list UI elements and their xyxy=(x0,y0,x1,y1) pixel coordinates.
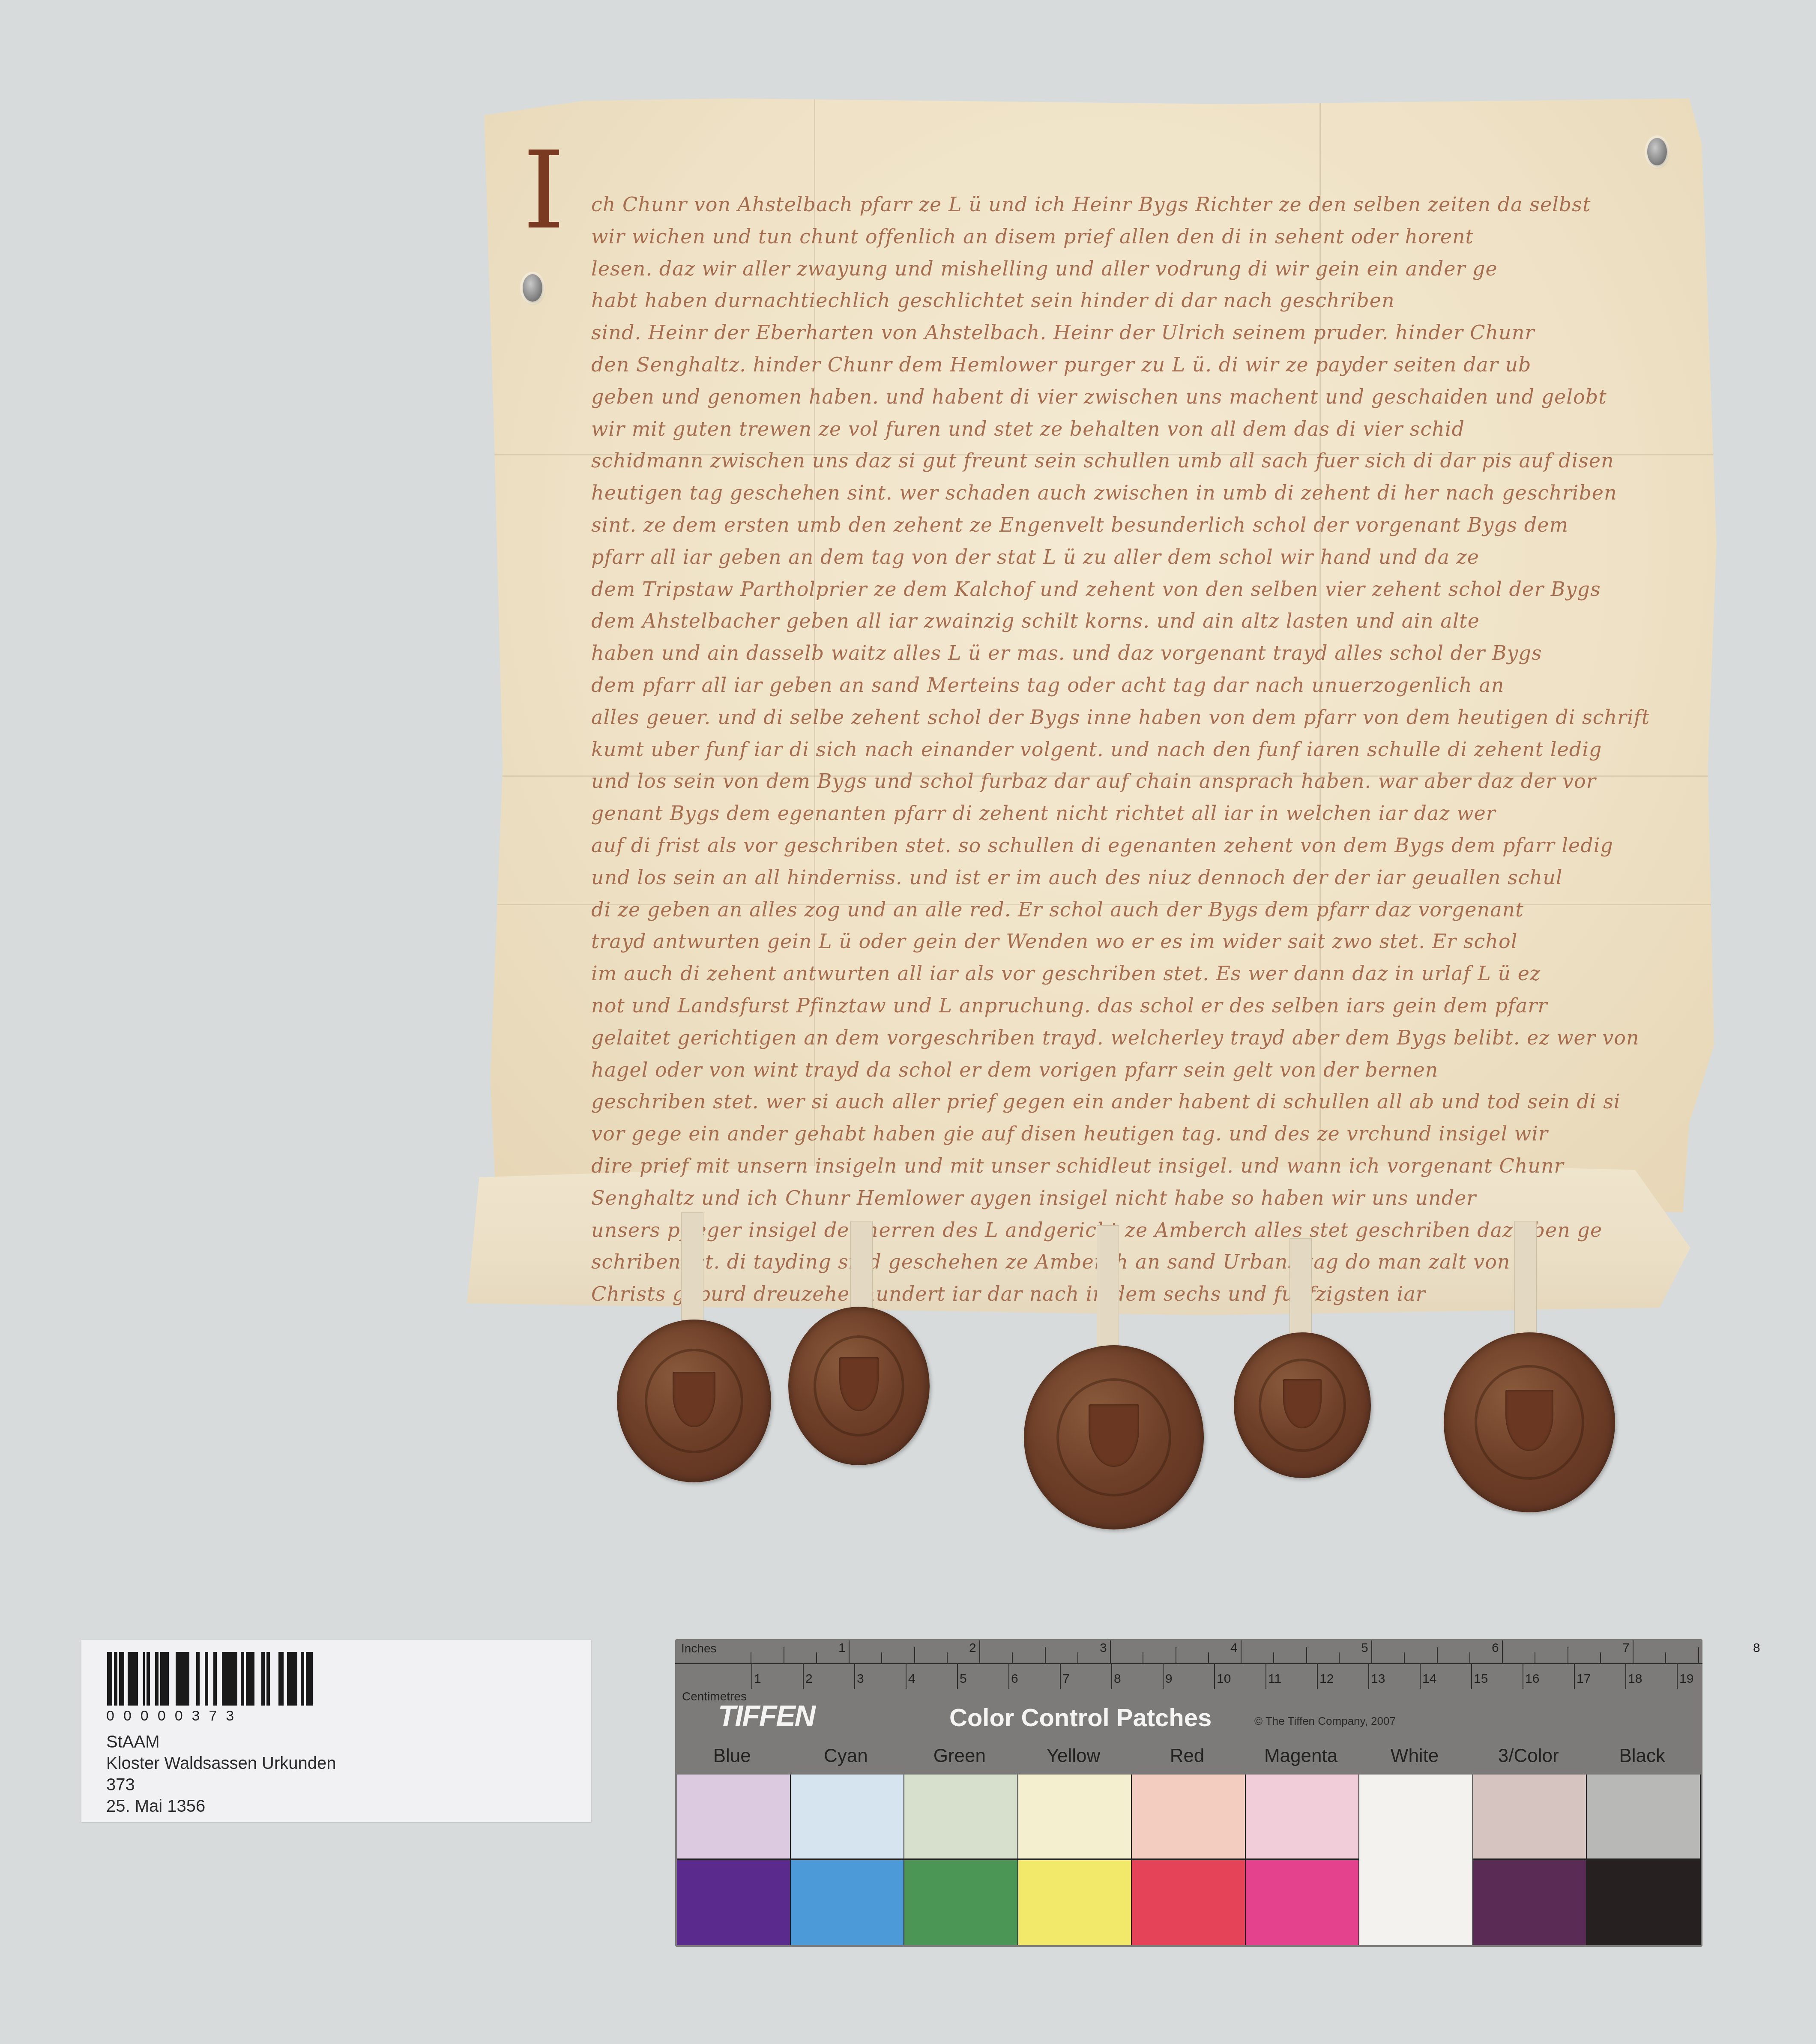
inch-tick xyxy=(1665,1652,1666,1663)
cm-tick xyxy=(1266,1664,1266,1689)
barcode xyxy=(107,1652,313,1706)
cm-number: 18 xyxy=(1628,1672,1642,1686)
wax-seal xyxy=(617,1320,771,1482)
color-patch-light xyxy=(1246,1775,1360,1858)
cm-number: 17 xyxy=(1577,1672,1591,1686)
script-line: genant Bygs dem egenanten pfarr di zehen… xyxy=(591,797,1696,829)
script-line: trayd antwurten gein L ü oder gein der W… xyxy=(591,925,1696,958)
script-line: ch Chunr von Ahstelbach pfarr ze L ü und… xyxy=(591,189,1696,221)
cm-tick xyxy=(906,1664,907,1689)
cm-number: 16 xyxy=(1525,1672,1539,1686)
barcode-number: 00000373 xyxy=(106,1708,243,1724)
patch-label: Yellow xyxy=(1017,1745,1131,1767)
color-patch-light xyxy=(1018,1775,1132,1858)
color-patch-light xyxy=(791,1775,905,1858)
script-line: geben und genomen haben. und habent di v… xyxy=(591,381,1696,413)
patch-label: Cyan xyxy=(789,1745,903,1767)
inch-tick xyxy=(1306,1647,1307,1663)
script-line: gelaitet gerichtigen an dem vorgeschribe… xyxy=(591,1022,1696,1054)
color-patch-dark xyxy=(677,1860,791,1945)
inch-tick xyxy=(1535,1652,1535,1663)
document-number: 373 xyxy=(106,1775,135,1795)
cm-number: 4 xyxy=(908,1672,915,1686)
script-line: sind. Heinr der Eberharten von Ahstelbac… xyxy=(591,317,1696,349)
inch-tick xyxy=(1012,1652,1013,1663)
color-patch-dark xyxy=(1018,1860,1132,1945)
wax-seal xyxy=(1444,1332,1615,1512)
patch-label: Green xyxy=(903,1745,1017,1767)
charter-text: ch Chunr von Ahstelbach pfarr ze L ü und… xyxy=(591,189,1696,1310)
cm-number: 9 xyxy=(1165,1672,1173,1686)
inch-tick xyxy=(849,1640,850,1663)
inch-tick xyxy=(784,1647,784,1663)
cm-number: 3 xyxy=(857,1672,864,1686)
script-line: pfarr all iar geben an dem tag von der s… xyxy=(591,541,1696,573)
cm-number: 10 xyxy=(1217,1672,1231,1686)
inch-number: 4 xyxy=(1230,1641,1238,1655)
chart-title: Color Control Patches xyxy=(949,1703,1212,1732)
cm-tick xyxy=(854,1664,855,1689)
cm-tick xyxy=(1214,1664,1215,1689)
inch-tick xyxy=(751,1652,751,1663)
inch-number: 2 xyxy=(969,1641,976,1655)
color-patch-light xyxy=(1473,1775,1587,1858)
inch-tick xyxy=(1208,1652,1209,1663)
cm-number: 7 xyxy=(1062,1672,1070,1686)
script-line: hagel oder von wint trayd da schol er de… xyxy=(591,1054,1696,1086)
decorated-initial: I xyxy=(523,137,557,248)
inch-tick xyxy=(1600,1652,1601,1663)
inch-tick xyxy=(1404,1652,1405,1663)
script-line: wir mit guten trewen ze vol furen und st… xyxy=(591,413,1696,445)
script-line: dire prief mit unsern insigeln und mit u… xyxy=(591,1150,1696,1182)
inch-tick xyxy=(881,1652,882,1663)
archive-label-card: 00000373 StAAM Kloster Waldsassen Urkund… xyxy=(81,1640,591,1822)
inch-tick xyxy=(947,1652,948,1663)
inch-tick xyxy=(816,1652,817,1663)
cm-tick xyxy=(1677,1664,1678,1689)
cm-tick xyxy=(1420,1664,1421,1689)
color-patch-dark xyxy=(1246,1860,1360,1945)
inch-ruler: Inches 12345678 xyxy=(675,1639,1702,1664)
script-line: haben und ain dasselb waitz alles L ü er… xyxy=(591,637,1696,669)
cm-tick xyxy=(1111,1664,1112,1689)
cm-tick xyxy=(1368,1664,1369,1689)
wax-seal xyxy=(1234,1332,1371,1478)
script-line: kumt uber funf iar di sich nach einander… xyxy=(591,733,1696,766)
script-line: geschriben stet. wer si auch aller prief… xyxy=(591,1086,1696,1118)
script-line: lesen. daz wir aller zwayung und mishell… xyxy=(591,253,1696,285)
cm-number: 1 xyxy=(754,1672,761,1686)
cm-tick xyxy=(1317,1664,1318,1689)
script-line: auf di frist als vor geschriben stet. so… xyxy=(591,829,1696,862)
inch-number: 6 xyxy=(1492,1641,1499,1655)
inch-tick xyxy=(1143,1652,1143,1663)
patch-label: Black xyxy=(1585,1745,1699,1767)
script-line: vor gege ein ander gehabt haben gie auf … xyxy=(591,1118,1696,1150)
script-line: habt haben durnachtiechlich geschlichtet… xyxy=(591,284,1696,317)
inch-number: 5 xyxy=(1361,1641,1368,1655)
inch-tick xyxy=(1371,1640,1372,1663)
script-line: Senghaltz und ich Chunr Hemlower aygen i… xyxy=(591,1182,1696,1214)
cm-tick xyxy=(1163,1664,1164,1689)
script-line: di ze geben an alles zog und an alle red… xyxy=(591,894,1696,926)
script-line: und los sein von dem Bygs und schol furb… xyxy=(591,765,1696,797)
color-patch-light xyxy=(1587,1775,1701,1858)
magnet-left xyxy=(523,274,542,302)
cm-tick xyxy=(803,1664,804,1689)
cm-tick xyxy=(1523,1664,1523,1689)
cm-tick xyxy=(751,1664,752,1689)
inch-tick xyxy=(1469,1652,1470,1663)
color-control-chart: Inches 12345678 123456789101112131415161… xyxy=(675,1639,1702,1947)
cm-number: 2 xyxy=(805,1672,813,1686)
cm-number: 5 xyxy=(960,1672,967,1686)
inch-tick xyxy=(1568,1647,1568,1663)
script-line: sint. ze dem ersten umb den zehent ze En… xyxy=(591,509,1696,541)
cm-tick xyxy=(1008,1664,1009,1689)
wax-seal xyxy=(1024,1345,1204,1529)
patch-labels: BlueCyanGreenYellowRedMagentaWhite3/Colo… xyxy=(675,1745,1702,1771)
script-line: alles geuer. und di selbe zehent schol d… xyxy=(591,701,1696,733)
seal-tag xyxy=(1514,1221,1537,1346)
magnet-right xyxy=(1647,138,1667,165)
inch-tick xyxy=(914,1647,915,1663)
inch-number: 1 xyxy=(838,1641,846,1655)
inch-number: 8 xyxy=(1753,1641,1760,1655)
color-patch-dark xyxy=(1132,1860,1246,1945)
cm-number: 14 xyxy=(1422,1672,1436,1686)
inch-tick xyxy=(1437,1647,1438,1663)
script-line: dem Tripstaw Partholprier ze dem Kalchof… xyxy=(591,573,1696,605)
color-patches xyxy=(677,1775,1701,1945)
patch-label: 3/Color xyxy=(1472,1745,1586,1767)
color-patch-light xyxy=(677,1775,791,1858)
color-patch-light xyxy=(904,1775,1018,1858)
cm-number: 6 xyxy=(1011,1672,1018,1686)
color-patch-dark xyxy=(1473,1860,1587,1945)
cm-tick xyxy=(957,1664,958,1689)
inch-label: Inches xyxy=(681,1642,717,1655)
wax-seal xyxy=(788,1307,930,1465)
script-line: wir wichen und tun chunt offenlich an di… xyxy=(591,221,1696,253)
cm-tick xyxy=(1625,1664,1626,1689)
collection-name: Kloster Waldsassen Urkunden xyxy=(106,1754,336,1773)
document-date: 25. Mai 1356 xyxy=(106,1796,205,1816)
archive-name: StAAM xyxy=(106,1732,159,1752)
script-line: schidmann zwischen uns daz si gut freunt… xyxy=(591,445,1696,477)
inch-tick xyxy=(1339,1652,1340,1663)
inch-tick xyxy=(1502,1640,1503,1663)
cm-number: 13 xyxy=(1371,1672,1385,1686)
color-patch-light xyxy=(1132,1775,1246,1858)
script-line: und los sein an all hinderniss. und ist … xyxy=(591,862,1696,894)
script-line: heutigen tag geschehen sint. wer schaden… xyxy=(591,477,1696,509)
cm-tick xyxy=(1060,1664,1061,1689)
cm-tick xyxy=(1471,1664,1472,1689)
chart-copyright: © The Tiffen Company, 2007 xyxy=(1254,1715,1396,1728)
script-line: den Senghaltz. hinder Chunr dem Hemlower… xyxy=(591,349,1696,381)
script-line: not und Landsfurst Pfinztaw und L anpruc… xyxy=(591,990,1696,1022)
patch-label: Magenta xyxy=(1244,1745,1358,1767)
patch-label: Red xyxy=(1130,1745,1244,1767)
color-patch-light xyxy=(1359,1775,1473,1945)
cm-number: 11 xyxy=(1268,1672,1281,1686)
inch-tick xyxy=(1045,1647,1046,1663)
tiffen-logo: TIFFEN xyxy=(718,1699,815,1733)
cm-ruler: 12345678910111213141516171819 xyxy=(675,1664,1702,1689)
cm-number: 19 xyxy=(1679,1672,1693,1686)
color-patch-dark xyxy=(791,1860,905,1945)
cm-number: 12 xyxy=(1319,1672,1334,1686)
seal-tag xyxy=(1097,1225,1119,1355)
inch-tick xyxy=(1241,1640,1242,1663)
inch-tick xyxy=(1176,1647,1176,1663)
patch-label: White xyxy=(1358,1745,1472,1767)
inch-tick xyxy=(979,1640,980,1663)
patch-label: Blue xyxy=(675,1745,789,1767)
inch-tick xyxy=(1110,1640,1111,1663)
inch-tick xyxy=(1273,1652,1274,1663)
color-patch-dark xyxy=(904,1860,1018,1945)
inch-tick xyxy=(1077,1652,1078,1663)
script-line: dem pfarr all iar geben an sand Merteins… xyxy=(591,669,1696,701)
cm-number: 8 xyxy=(1114,1672,1121,1686)
seal-tag xyxy=(1289,1238,1312,1342)
inch-number: 7 xyxy=(1622,1641,1630,1655)
cm-tick xyxy=(1574,1664,1575,1689)
color-patch-dark xyxy=(1587,1860,1701,1945)
script-line: dem Ahstelbacher geben all iar zwainzig … xyxy=(591,605,1696,637)
inch-number: 3 xyxy=(1100,1641,1107,1655)
inch-tick xyxy=(1633,1640,1634,1663)
inch-tick xyxy=(1698,1647,1699,1663)
script-line: im auch di zehent antwurten all iar als … xyxy=(591,958,1696,990)
cm-number: 15 xyxy=(1474,1672,1488,1686)
